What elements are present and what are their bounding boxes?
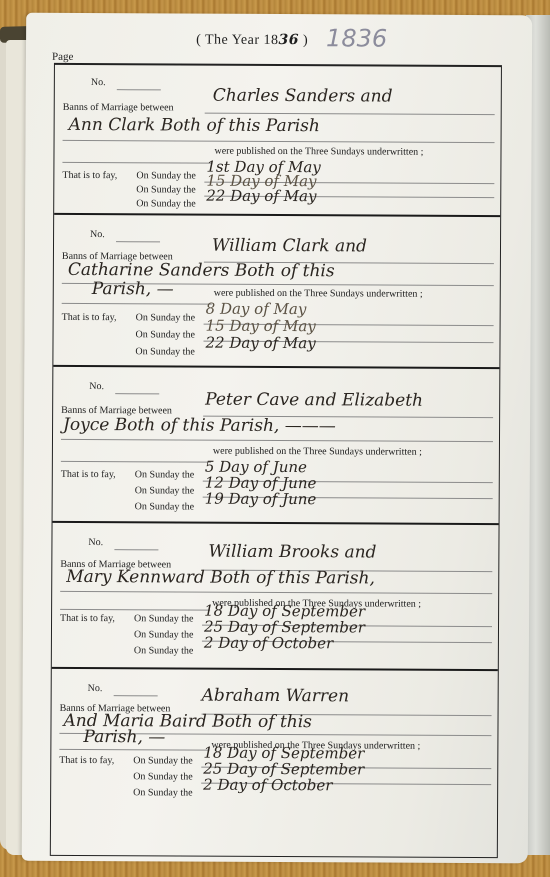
published-label: were published on the Three Sundays unde… [213,446,422,458]
register-page: ( The Year 1836 ) 1836 Page No. Banns of… [22,13,532,864]
handwritten-names-line1: Charles Sanders and [213,86,393,107]
handwritten-names-line1: Abraham Warren [202,686,350,707]
entry-number-label: No. [88,683,103,694]
that-is-to-say-label: That is to fay, [60,613,115,624]
sunday-date-3: 2 Day of October [204,634,333,653]
published-label: were published on the Three Sundays unde… [214,146,423,158]
banns-label: Banns of Marriage between [63,102,174,114]
sunday-label-3: On Sunday the [135,346,195,357]
banns-entry-4: No. Banns of Marriage between William Br… [52,523,499,671]
that-is-to-say-label: That is to fay, [61,469,116,480]
handwritten-names-line1: Peter Cave and Elizabeth [205,390,423,411]
entry-number-label: No. [91,77,106,88]
year-heading: ( The Year 1836 ) [196,32,308,50]
handwritten-names-line2: Joyce Both of this Parish, ——— [63,415,336,436]
that-is-to-say-label: That is to fay, [59,755,114,766]
sunday-label-2: On Sunday the [135,485,195,496]
sunday-label-2: On Sunday the [136,184,196,195]
that-is-to-say-label: That is to fay, [62,170,117,181]
handwritten-names-line2: Catharine Sanders Both of this [68,260,335,281]
sunday-label-3: On Sunday the [133,787,193,798]
sunday-label-1: On Sunday the [134,613,194,624]
published-label: were published on the Three Sundays unde… [214,288,423,300]
handwritten-names-line1: William Brooks and [208,542,376,563]
sunday-label-1: On Sunday the [133,755,193,766]
handwritten-names-line2: Mary Kennward Both of this Parish, [66,567,375,589]
entry-number-label: No. [89,381,104,392]
sunday-label-3: On Sunday the [134,645,194,656]
sunday-date-1: 8 Day of May [206,300,307,319]
that-is-to-say-label: That is to fay, [62,312,117,323]
sunday-date-2: 15 Day of May [206,317,316,336]
handwritten-names-line2: Ann Clark Both of this Parish [69,115,320,136]
sunday-date-3: 22 Day of May [206,187,316,206]
sunday-label-3: On Sunday the [135,501,195,512]
handwritten-names-line1: William Clark and [212,236,367,257]
banns-table: No. Banns of Marriage between Charles Sa… [50,63,502,858]
sunday-label-2: On Sunday the [136,329,196,340]
year-pencil-note: 1836 [326,24,387,52]
banns-entry-2: No. Banns of Marriage between William Cl… [53,215,500,369]
sunday-date-3: 19 Day of June [205,490,317,509]
sunday-label-1: On Sunday the [136,312,196,323]
year-handwritten: 36 [279,32,300,48]
sunday-label-1: On Sunday the [136,170,196,181]
sunday-label-3: On Sunday the [136,198,196,209]
banns-entry-5: No. Banns of Marriage between Abraham Wa… [51,669,498,855]
sunday-label-2: On Sunday the [134,629,194,640]
page-label: Page [52,51,73,63]
entry-number-label: No. [90,229,105,240]
handwritten-names-line3: Parish, — [92,279,174,299]
sunday-label-2: On Sunday the [133,771,193,782]
sunday-date-3: 22 Day of May [205,334,315,353]
banns-entry-3: No. Banns of Marriage between Peter Cave… [53,367,500,525]
sunday-date-3: 2 Day of October [203,776,332,795]
handwritten-names-line3: Parish, — [83,727,165,747]
entry-number-label: No. [88,537,103,548]
sunday-label-1: On Sunday the [135,469,195,480]
banns-entry-1: No. Banns of Marriage between Charles Sa… [54,65,501,217]
